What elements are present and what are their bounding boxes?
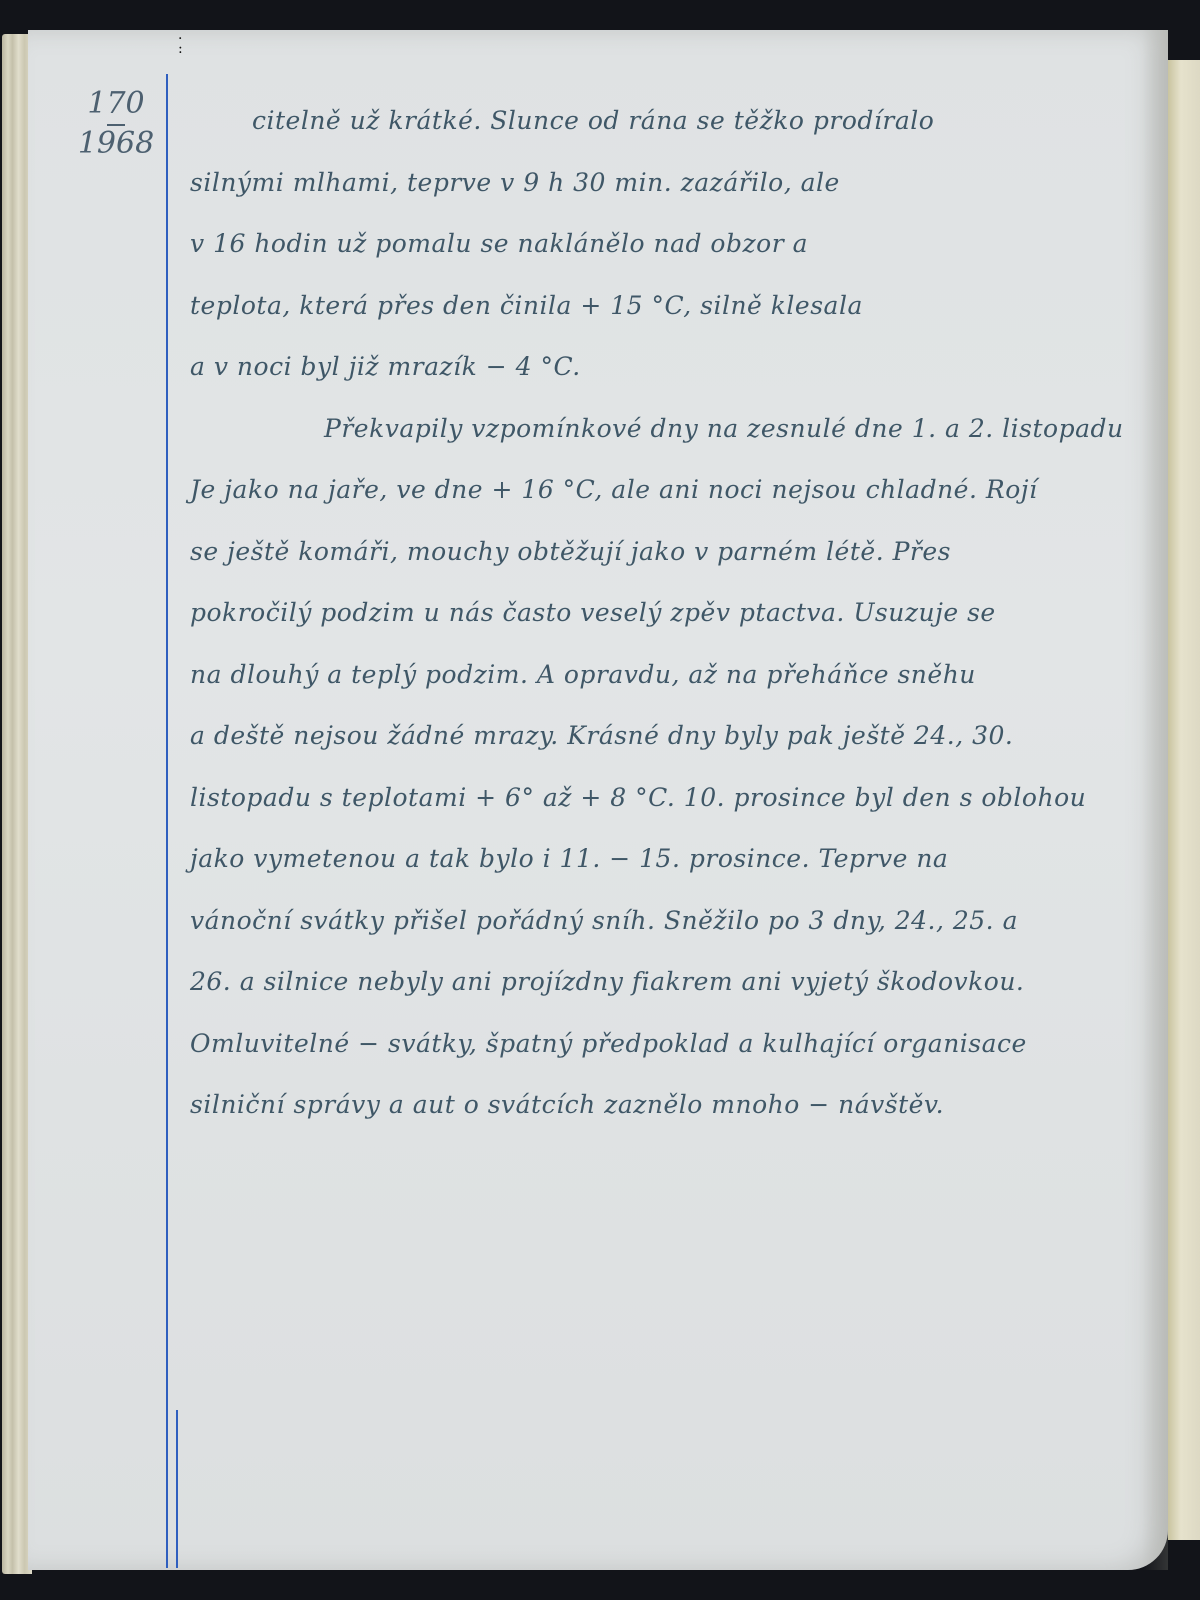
text-line: jako vymetenou a tak bylo i 11. − 15. pr… [190, 828, 1140, 890]
text-line: Omluvitelné − svátky, špatný předpoklad … [190, 1013, 1140, 1075]
page-number: 170 [87, 86, 144, 121]
text-line: Překvapily vzpomínkové dny na zesnulé dn… [190, 398, 1140, 460]
text-line: a deště nejsou žádné mrazy. Krásné dny b… [190, 705, 1140, 767]
text-line: na dlouhý a teplý podzim. A opravdu, až … [190, 644, 1140, 706]
text-line: Je jako na jaře, ve dne + 16 °C, ale ani… [190, 459, 1140, 521]
year: 1968 [78, 126, 154, 161]
margin-rule-bottom-stroke [176, 1410, 178, 1568]
text-line: vánoční svátky přišel pořádný sníh. Sněž… [190, 890, 1140, 952]
margin-note: 170 1968 [76, 88, 156, 160]
handwritten-text: citelně už krátké. Slunce od rána se těž… [190, 90, 1140, 1136]
facing-page-edge [1168, 60, 1200, 1540]
text-line: se ještě komáři, mouchy obtěžují jako v … [190, 521, 1140, 583]
ink-specks: ·: [178, 34, 183, 54]
text-line: pokročilý podzim u nás často veselý zpěv… [190, 582, 1140, 644]
text-line: citelně už krátké. Slunce od rána se těž… [190, 90, 1140, 152]
text-line: v 16 hodin už pomalu se naklánělo nad ob… [190, 213, 1140, 275]
text-line: a v noci byl již mrazík − 4 °C. [190, 336, 1140, 398]
text-line: silniční správy a aut o svátcích zaznělo… [190, 1074, 1140, 1136]
text-line: listopadu s teplotami + 6° až + 8 °C. 10… [190, 767, 1140, 829]
text-line: 26. a silnice nebyly ani projízdny fiakr… [190, 951, 1140, 1013]
text-line: silnými mlhami, teprve v 9 h 30 min. zaz… [190, 152, 1140, 214]
text-line: teplota, která přes den činila + 15 °C, … [190, 275, 1140, 337]
margin-rule [166, 74, 168, 1568]
